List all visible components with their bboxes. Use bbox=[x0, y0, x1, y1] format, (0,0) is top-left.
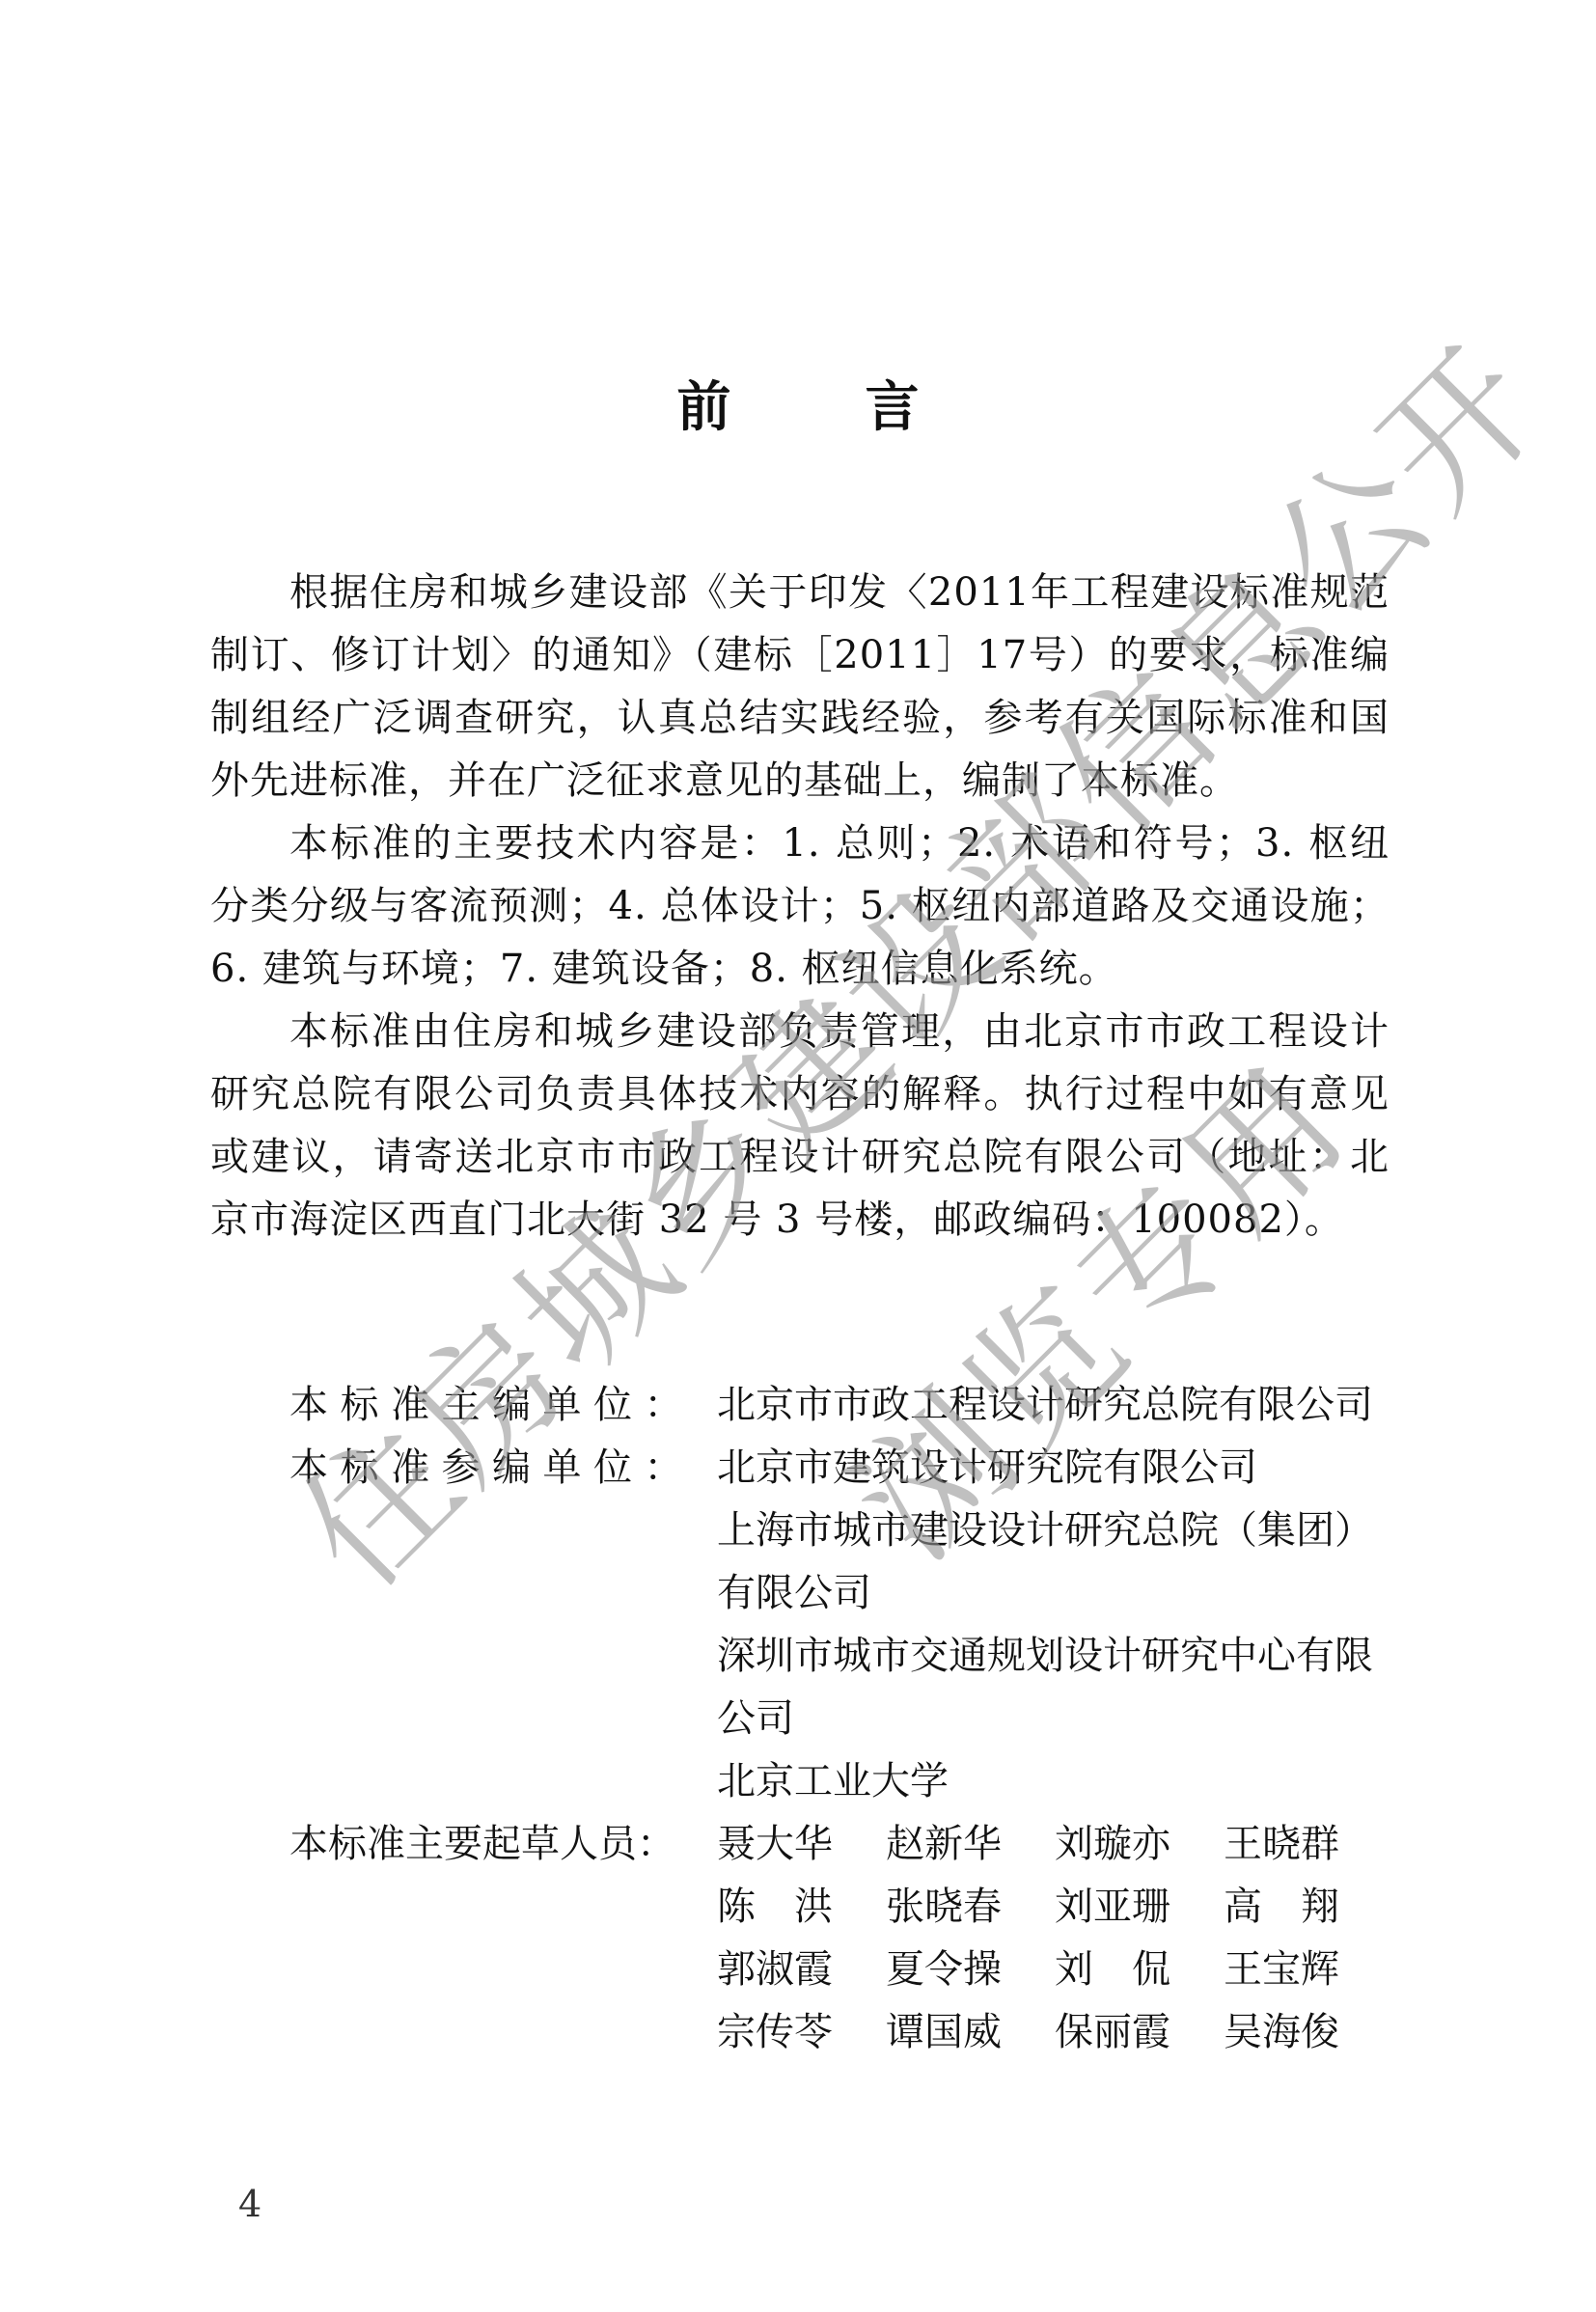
chief-unit-values: 北京市市政工程设计研究总院有限公司 bbox=[717, 1374, 1390, 1437]
participating-units-label: 本标准参编单位： bbox=[289, 1437, 717, 1813]
page-title: 前言 bbox=[0, 365, 1596, 442]
drafters-names: 聂大华 赵新华 刘璇亦 王晓群 陈 洪 张晓春 刘亚珊 高 翔 郭淑霞 夏令操 … bbox=[717, 1813, 1392, 2064]
paragraph-contents: 本标准的主要技术内容是：1. 总则；2. 术语和符号；3. 枢纽分类分级与客流预… bbox=[210, 812, 1390, 1001]
drafter-name: 王晓群 bbox=[1224, 1813, 1392, 1876]
document-page: 前言 根据住房和城乡建设部《关于印发〈2011年工程建设标准规范制订、修订计划〉… bbox=[0, 0, 1596, 2312]
drafter-name: 谭国威 bbox=[886, 2001, 1055, 2064]
drafter-name: 宗传苓 bbox=[717, 2001, 886, 2064]
participating-unit: 深圳市城市交通规划设计研究中心有限公司 bbox=[717, 1625, 1390, 1750]
chief-unit-row: 本标准主编单位： 北京市市政工程设计研究总院有限公司 bbox=[289, 1374, 1390, 1437]
drafters-row: 本标准主要起草人员： 聂大华 赵新华 刘璇亦 王晓群 陈 洪 张晓春 刘亚珊 高… bbox=[289, 1813, 1390, 2064]
drafter-name: 赵新华 bbox=[886, 1813, 1055, 1876]
drafter-name: 保丽霞 bbox=[1055, 2001, 1224, 2064]
participating-units-row: 本标准参编单位： 北京市建筑设计研究院有限公司 上海市城市建设设计研究总院（集团… bbox=[289, 1437, 1390, 1813]
drafter-name: 高 翔 bbox=[1224, 1876, 1392, 1939]
participating-unit: 北京工业大学 bbox=[717, 1750, 1390, 1813]
paragraph-management: 本标准由住房和城乡建设部负责管理，由北京市市政工程设计研究总院有限公司负责具体技… bbox=[210, 1001, 1390, 1252]
chief-unit-value: 北京市市政工程设计研究总院有限公司 bbox=[717, 1374, 1390, 1437]
drafter-name: 刘璇亦 bbox=[1055, 1813, 1224, 1876]
chief-unit-label: 本标准主编单位： bbox=[289, 1374, 717, 1437]
preface-body: 根据住房和城乡建设部《关于印发〈2011年工程建设标准规范制订、修订计划〉的通知… bbox=[210, 562, 1390, 1252]
drafter-name: 刘亚珊 bbox=[1055, 1876, 1224, 1939]
drafter-name: 吴海俊 bbox=[1224, 2001, 1392, 2064]
drafters-label: 本标准主要起草人员： bbox=[289, 1813, 717, 2064]
drafter-name: 刘 侃 bbox=[1055, 1939, 1224, 2001]
drafter-name: 张晓春 bbox=[886, 1876, 1055, 1939]
credits-section: 本标准主编单位： 北京市市政工程设计研究总院有限公司 本标准参编单位： 北京市建… bbox=[289, 1374, 1390, 2064]
drafter-name: 夏令操 bbox=[886, 1939, 1055, 2001]
page-number: 4 bbox=[238, 2183, 261, 2225]
title-char-2: 言 bbox=[864, 365, 922, 442]
drafter-name: 郭淑霞 bbox=[717, 1939, 886, 2001]
title-char-1: 前 bbox=[675, 365, 733, 442]
drafter-name: 王宝辉 bbox=[1224, 1939, 1392, 2001]
drafter-name: 聂大华 bbox=[717, 1813, 886, 1876]
participating-units-values: 北京市建筑设计研究院有限公司 上海市城市建设设计研究总院（集团）有限公司 深圳市… bbox=[717, 1437, 1390, 1813]
paragraph-basis: 根据住房和城乡建设部《关于印发〈2011年工程建设标准规范制订、修订计划〉的通知… bbox=[210, 562, 1390, 812]
drafter-name: 陈 洪 bbox=[717, 1876, 886, 1939]
participating-unit: 上海市城市建设设计研究总院（集团）有限公司 bbox=[717, 1500, 1390, 1625]
participating-unit: 北京市建筑设计研究院有限公司 bbox=[717, 1437, 1390, 1500]
